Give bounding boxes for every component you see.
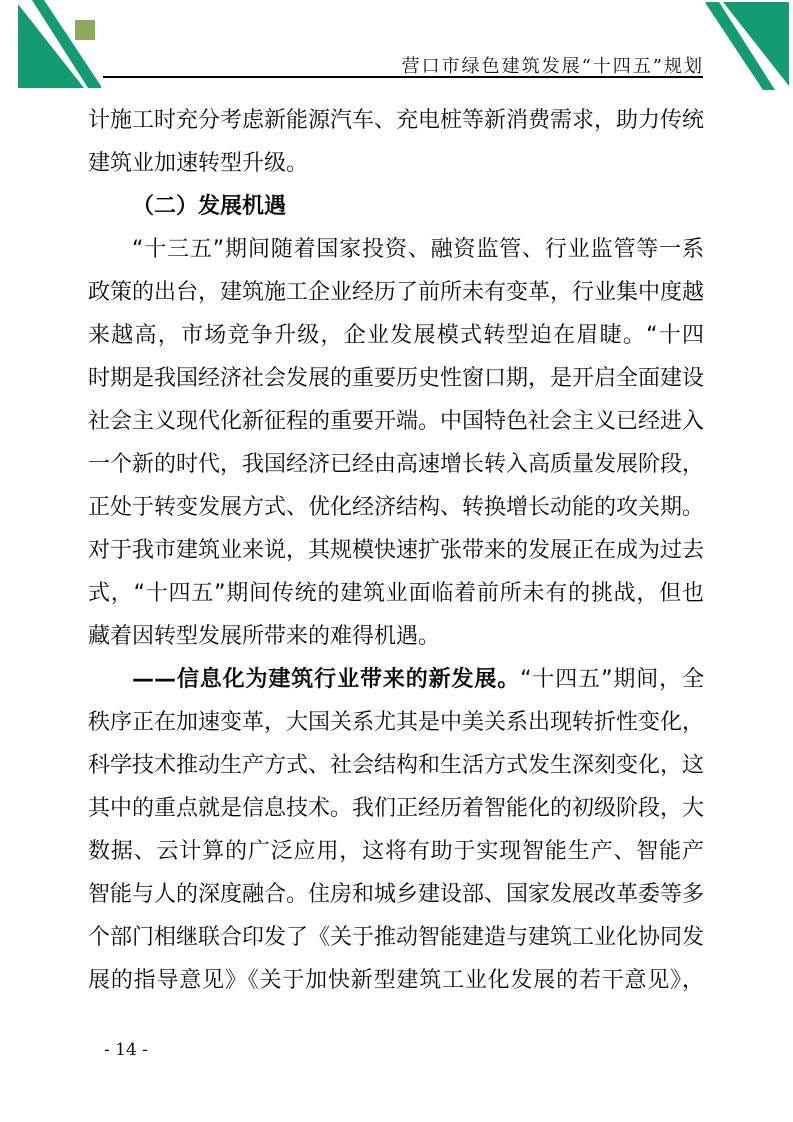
text-line: 其中的重点就是信息技术。我们正经历着智能化的初级阶段，大 xyxy=(88,787,704,830)
corner-ornament-left xyxy=(0,0,105,95)
text-line: ——信息化为建筑行业带来的新发展。“十四五”期间，全球 xyxy=(88,658,704,701)
text-line: 科学技术推动生产方式、社会结构和生活方式发生深刻变化，这 xyxy=(88,744,704,787)
text-line: 计施工时充分考虑新能源汽车、充电桩等新消费需求，助力传统 xyxy=(88,99,704,142)
text-line: 正处于转变发展方式、优化经济结构、转换增长动能的攻关期。 xyxy=(88,486,704,529)
dash-lead-text: ——信息化为建筑行业带来的新发展。 xyxy=(132,667,520,692)
header-title: 营口市绿色建筑发展“十四五”规划 xyxy=(0,52,704,78)
text-line: 智能与人的深度融合。住房和城乡建设部、国家发展改革委等多 xyxy=(88,873,704,916)
text-line: 展的指导意见》《关于加快新型建筑工业化发展的若干意见》， xyxy=(88,959,704,1002)
text-line: 建筑业加速转型升级。 xyxy=(88,142,704,185)
section-heading: （二）发展机遇 xyxy=(88,185,704,228)
text-line: 来越高，市场竞争升级，企业发展模式转型迫在眉睫。“十四五” xyxy=(88,314,704,357)
document-body: 计施工时充分考虑新能源汽车、充电桩等新消费需求，助力传统 建筑业加速转型升级。 … xyxy=(88,99,704,1002)
text-line: 政策的出台，建筑施工企业经历了前所未有变革，行业集中度越 xyxy=(88,271,704,314)
document-page: 营口市绿色建筑发展“十四五”规划 计施工时充分考虑新能源汽车、充电桩等新消费需求… xyxy=(0,0,793,1122)
text-line: 秩序正在加速变革，大国关系尤其是中美关系出现转折性变化， xyxy=(88,701,704,744)
text-line: 社会主义现代化新征程的重要开端。中国特色社会主义已经进入 xyxy=(88,400,704,443)
header-rule xyxy=(103,76,703,78)
text-line: 藏着因转型发展所带来的难得机遇。 xyxy=(88,615,704,658)
text-line: 数据、云计算的广泛应用，这将有助于实现智能生产、智能产品、 xyxy=(88,830,704,873)
text-line: 时期是我国经济社会发展的重要历史性窗口期，是开启全面建设 xyxy=(88,357,704,400)
text-line: 个部门相继联合印发了《关于推动智能建造与建筑工业化协同发 xyxy=(88,916,704,959)
page-number: - 14 - xyxy=(104,1040,148,1060)
text-line: 式，“十四五”期间传统的建筑业面临着前所未有的挑战，但也蕴 xyxy=(88,572,704,615)
text-line: “十三五”期间随着国家投资、融资监管、行业监管等一系列 xyxy=(88,228,704,271)
olive-square-icon xyxy=(75,20,95,40)
text-line: 对于我市建筑业来说，其规模快速扩张带来的发展正在成为过去 xyxy=(88,529,704,572)
text-line: 一个新的时代，我国经济已经由高速增长转入高质量发展阶段， xyxy=(88,443,704,486)
corner-ornament-right xyxy=(702,0,793,90)
